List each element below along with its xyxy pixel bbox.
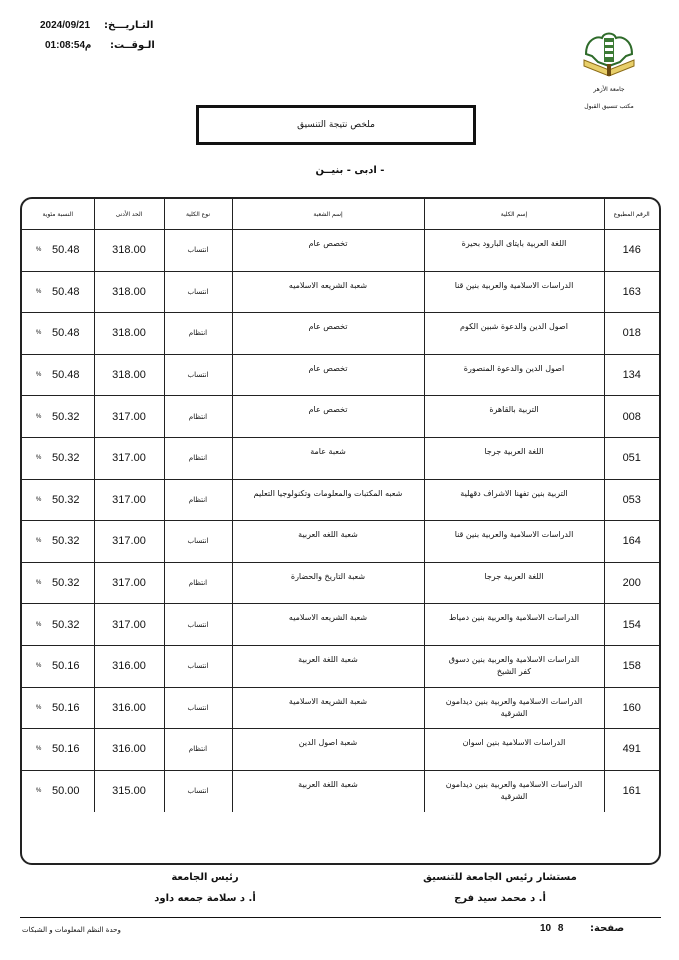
table-row: 200 اللغة العربية جرجا شعبة التاريخ والح… (22, 562, 659, 604)
cell-branch: تخصص عام (232, 313, 424, 355)
cell-type: انتظام (164, 437, 232, 479)
pct-sign: % (36, 746, 41, 752)
pct-value: 50.16 (52, 702, 80, 714)
pct-value: 50.32 (52, 494, 80, 506)
table-header-row: الرقم المطبوع إسم الكلية إسم الشعبة نوع … (22, 199, 659, 230)
col-header-code: الرقم المطبوع (604, 199, 659, 230)
cell-code: 200 (604, 562, 659, 604)
cell-pct: %50.48 (22, 271, 94, 313)
pct-value: 50.16 (52, 660, 80, 672)
cell-type: انتظام (164, 562, 232, 604)
cell-min: 318.00 (94, 354, 164, 396)
cell-branch: شعبة اللغة العربية (232, 770, 424, 812)
cell-college: اللغة العربية بايتاى البارود بحيرة (424, 230, 604, 272)
cell-type: انتساب (164, 521, 232, 563)
cell-code: 008 (604, 396, 659, 438)
cell-code: 163 (604, 271, 659, 313)
pct-sign: % (36, 622, 41, 628)
cell-branch: شعبة الشريعه الاسلاميه (232, 604, 424, 646)
cell-college: الدراسات الاسلامية والعربية بنين ديدامون… (424, 687, 604, 729)
col-header-min: الحد الأدنى (94, 199, 164, 230)
cell-type: انتظام (164, 313, 232, 355)
pct-value: 50.48 (52, 327, 80, 339)
cell-min: 315.00 (94, 770, 164, 812)
pct-sign: % (36, 372, 41, 378)
cell-code: 146 (604, 230, 659, 272)
cell-type: انتظام (164, 729, 232, 771)
cell-type: انتساب (164, 230, 232, 272)
cell-college: الدراسات الاسلامية والعربية بنين دسوق كف… (424, 645, 604, 687)
cell-code: 164 (604, 521, 659, 563)
cell-branch: شعبة التاريخ والحضارة (232, 562, 424, 604)
cell-min: 317.00 (94, 562, 164, 604)
signature-left-name: أ. د سلامة جمعه داود (130, 893, 280, 904)
cell-pct: %50.16 (22, 729, 94, 771)
cell-pct: %50.00 (22, 770, 94, 812)
cell-type: انتساب (164, 645, 232, 687)
cell-pct: %50.48 (22, 230, 94, 272)
cell-branch: تخصص عام (232, 230, 424, 272)
cell-code: 158 (604, 645, 659, 687)
pct-sign: % (36, 497, 41, 503)
pct-sign: % (36, 330, 41, 336)
cell-pct: %50.32 (22, 562, 94, 604)
signature-right-name: أ. د محمد سيد فرج (400, 893, 600, 904)
pct-sign: % (36, 414, 41, 420)
office-name: مكتب تنسيق القبول (569, 103, 649, 110)
cell-college: التربية بنين تفهنا الاشراف دقهلية (424, 479, 604, 521)
date-value: 2024/09/21 (40, 20, 90, 31)
pct-sign: % (36, 247, 41, 253)
al-azhar-logo-icon (580, 26, 638, 82)
cell-college: اصول الدين والدعوة المنصورة (424, 354, 604, 396)
results-table: الرقم المطبوع إسم الكلية إسم الشعبة نوع … (20, 197, 661, 865)
pct-value: 50.48 (52, 286, 80, 298)
time-label: الـوقــت: (110, 40, 155, 51)
page-title: ملخص نتيجة التنسيق (196, 105, 476, 145)
cell-code: 051 (604, 437, 659, 479)
table-row: 160 الدراسات الاسلامية والعربية بنين ديد… (22, 687, 659, 729)
pct-value: 50.32 (52, 535, 80, 547)
cell-min: 317.00 (94, 479, 164, 521)
cell-pct: %50.32 (22, 604, 94, 646)
pct-value: 50.32 (52, 411, 80, 423)
pct-value: 50.48 (52, 369, 80, 381)
table-row: 053 التربية بنين تفهنا الاشراف دقهلية شع… (22, 479, 659, 521)
time-value: 01:08:54م (45, 40, 91, 51)
table-row: 051 اللغة العربية جرجا شعبة عامة انتظام … (22, 437, 659, 479)
pct-sign: % (36, 580, 41, 586)
cell-branch: شعبه المكتبات والمعلومات وتكنولوجيا التع… (232, 479, 424, 521)
footer-unit: وحدة النظم المعلومات و الشبكات (22, 926, 121, 934)
signature-right-title: مستشار رئيس الجامعة للتنسيق (400, 872, 600, 883)
col-header-pct: النسبة مئوية (22, 199, 94, 230)
table-row: 008 التربية بالقاهرة تخصص عام انتظام 317… (22, 396, 659, 438)
cell-code: 053 (604, 479, 659, 521)
cell-pct: %50.32 (22, 521, 94, 563)
table-row: 491 الدراسات الاسلامية بنين اسوان شعبة ا… (22, 729, 659, 771)
table-row: 154 الدراسات الاسلامية والعربية بنين دمي… (22, 604, 659, 646)
pct-value: 50.32 (52, 452, 80, 464)
cell-code: 491 (604, 729, 659, 771)
cell-college: اللغة العربية جرجا (424, 562, 604, 604)
cell-type: انتساب (164, 354, 232, 396)
cell-min: 317.00 (94, 604, 164, 646)
cell-college: الدراسات الاسلامية والعربية بنين ديدامون… (424, 770, 604, 812)
table-row: 164 الدراسات الاسلامية والعربية بنين قنا… (22, 521, 659, 563)
cell-code: 161 (604, 770, 659, 812)
pct-value: 50.00 (52, 785, 80, 797)
table-row: 161 الدراسات الاسلامية والعربية بنين ديد… (22, 770, 659, 812)
cell-type: انتظام (164, 479, 232, 521)
cell-pct: %50.16 (22, 687, 94, 729)
date-label: التـاريـــخ: (104, 20, 153, 31)
institution-name: جامعة الأزهر (569, 86, 649, 93)
page-label: صفحة: (590, 923, 624, 934)
subtitle: - ادبى - بنيــن (280, 165, 420, 176)
pct-sign: % (36, 538, 41, 544)
pct-sign: % (36, 663, 41, 669)
cell-type: انتساب (164, 271, 232, 313)
cell-code: 154 (604, 604, 659, 646)
cell-branch: تخصص عام (232, 354, 424, 396)
cell-pct: %50.32 (22, 437, 94, 479)
cell-min: 316.00 (94, 687, 164, 729)
cell-branch: شعبة الشريعة الاسلامية (232, 687, 424, 729)
cell-min: 317.00 (94, 396, 164, 438)
cell-pct: %50.32 (22, 396, 94, 438)
cell-min: 318.00 (94, 271, 164, 313)
cell-min: 317.00 (94, 521, 164, 563)
pct-value: 50.32 (52, 577, 80, 589)
pct-value: 50.32 (52, 619, 80, 631)
cell-branch: شعبة اصول الدين (232, 729, 424, 771)
cell-type: انتظام (164, 396, 232, 438)
cell-min: 318.00 (94, 313, 164, 355)
table-row: 134 اصول الدين والدعوة المنصورة تخصص عام… (22, 354, 659, 396)
cell-code: 018 (604, 313, 659, 355)
cell-code: 160 (604, 687, 659, 729)
cell-code: 134 (604, 354, 659, 396)
table-row: 158 الدراسات الاسلامية والعربية بنين دسو… (22, 645, 659, 687)
cell-min: 318.00 (94, 230, 164, 272)
pct-value: 50.16 (52, 743, 80, 755)
col-header-college: إسم الكلية (424, 199, 604, 230)
cell-college: الدراسات الاسلامية بنين اسوان (424, 729, 604, 771)
cell-pct: %50.48 (22, 354, 94, 396)
cell-pct: %50.48 (22, 313, 94, 355)
cell-min: 317.00 (94, 437, 164, 479)
cell-college: اصول الدين والدعوة شبين الكوم (424, 313, 604, 355)
cell-branch: شعبة الشريعه الاسلاميه (232, 271, 424, 313)
pct-sign: % (36, 289, 41, 295)
col-header-type: نوع الكلية (164, 199, 232, 230)
table-row: 146 اللغة العربية بايتاى البارود بحيرة ت… (22, 230, 659, 272)
cell-type: انتساب (164, 770, 232, 812)
cell-college: الدراسات الاسلامية والعربية بنين دمياط (424, 604, 604, 646)
pct-value: 50.48 (52, 244, 80, 256)
cell-min: 316.00 (94, 729, 164, 771)
cell-pct: %50.32 (22, 479, 94, 521)
cell-min: 316.00 (94, 645, 164, 687)
cell-branch: شعبة عامة (232, 437, 424, 479)
pct-sign: % (36, 788, 41, 794)
col-header-branch: إسم الشعبة (232, 199, 424, 230)
cell-branch: تخصص عام (232, 396, 424, 438)
cell-type: انتساب (164, 604, 232, 646)
pct-sign: % (36, 455, 41, 461)
cell-college: التربية بالقاهرة (424, 396, 604, 438)
page-current: 8 (558, 923, 564, 934)
page-total: 10 (540, 923, 551, 934)
table-row: 163 الدراسات الاسلامية والعربية بنين قنا… (22, 271, 659, 313)
cell-college: اللغة العربية جرجا (424, 437, 604, 479)
cell-college: الدراسات الاسلامية والعربية بنين قنا (424, 271, 604, 313)
footer-divider (20, 917, 661, 918)
table-row: 018 اصول الدين والدعوة شبين الكوم تخصص ع… (22, 313, 659, 355)
pct-sign: % (36, 705, 41, 711)
cell-branch: شعبة اللغه العربية (232, 521, 424, 563)
cell-college: الدراسات الاسلامية والعربية بنين قنا (424, 521, 604, 563)
cell-type: انتساب (164, 687, 232, 729)
cell-pct: %50.16 (22, 645, 94, 687)
cell-branch: شعبة اللغة العربية (232, 645, 424, 687)
signature-left-title: رئيس الجامعة (130, 872, 280, 883)
page-number: 10 8 (540, 923, 563, 934)
